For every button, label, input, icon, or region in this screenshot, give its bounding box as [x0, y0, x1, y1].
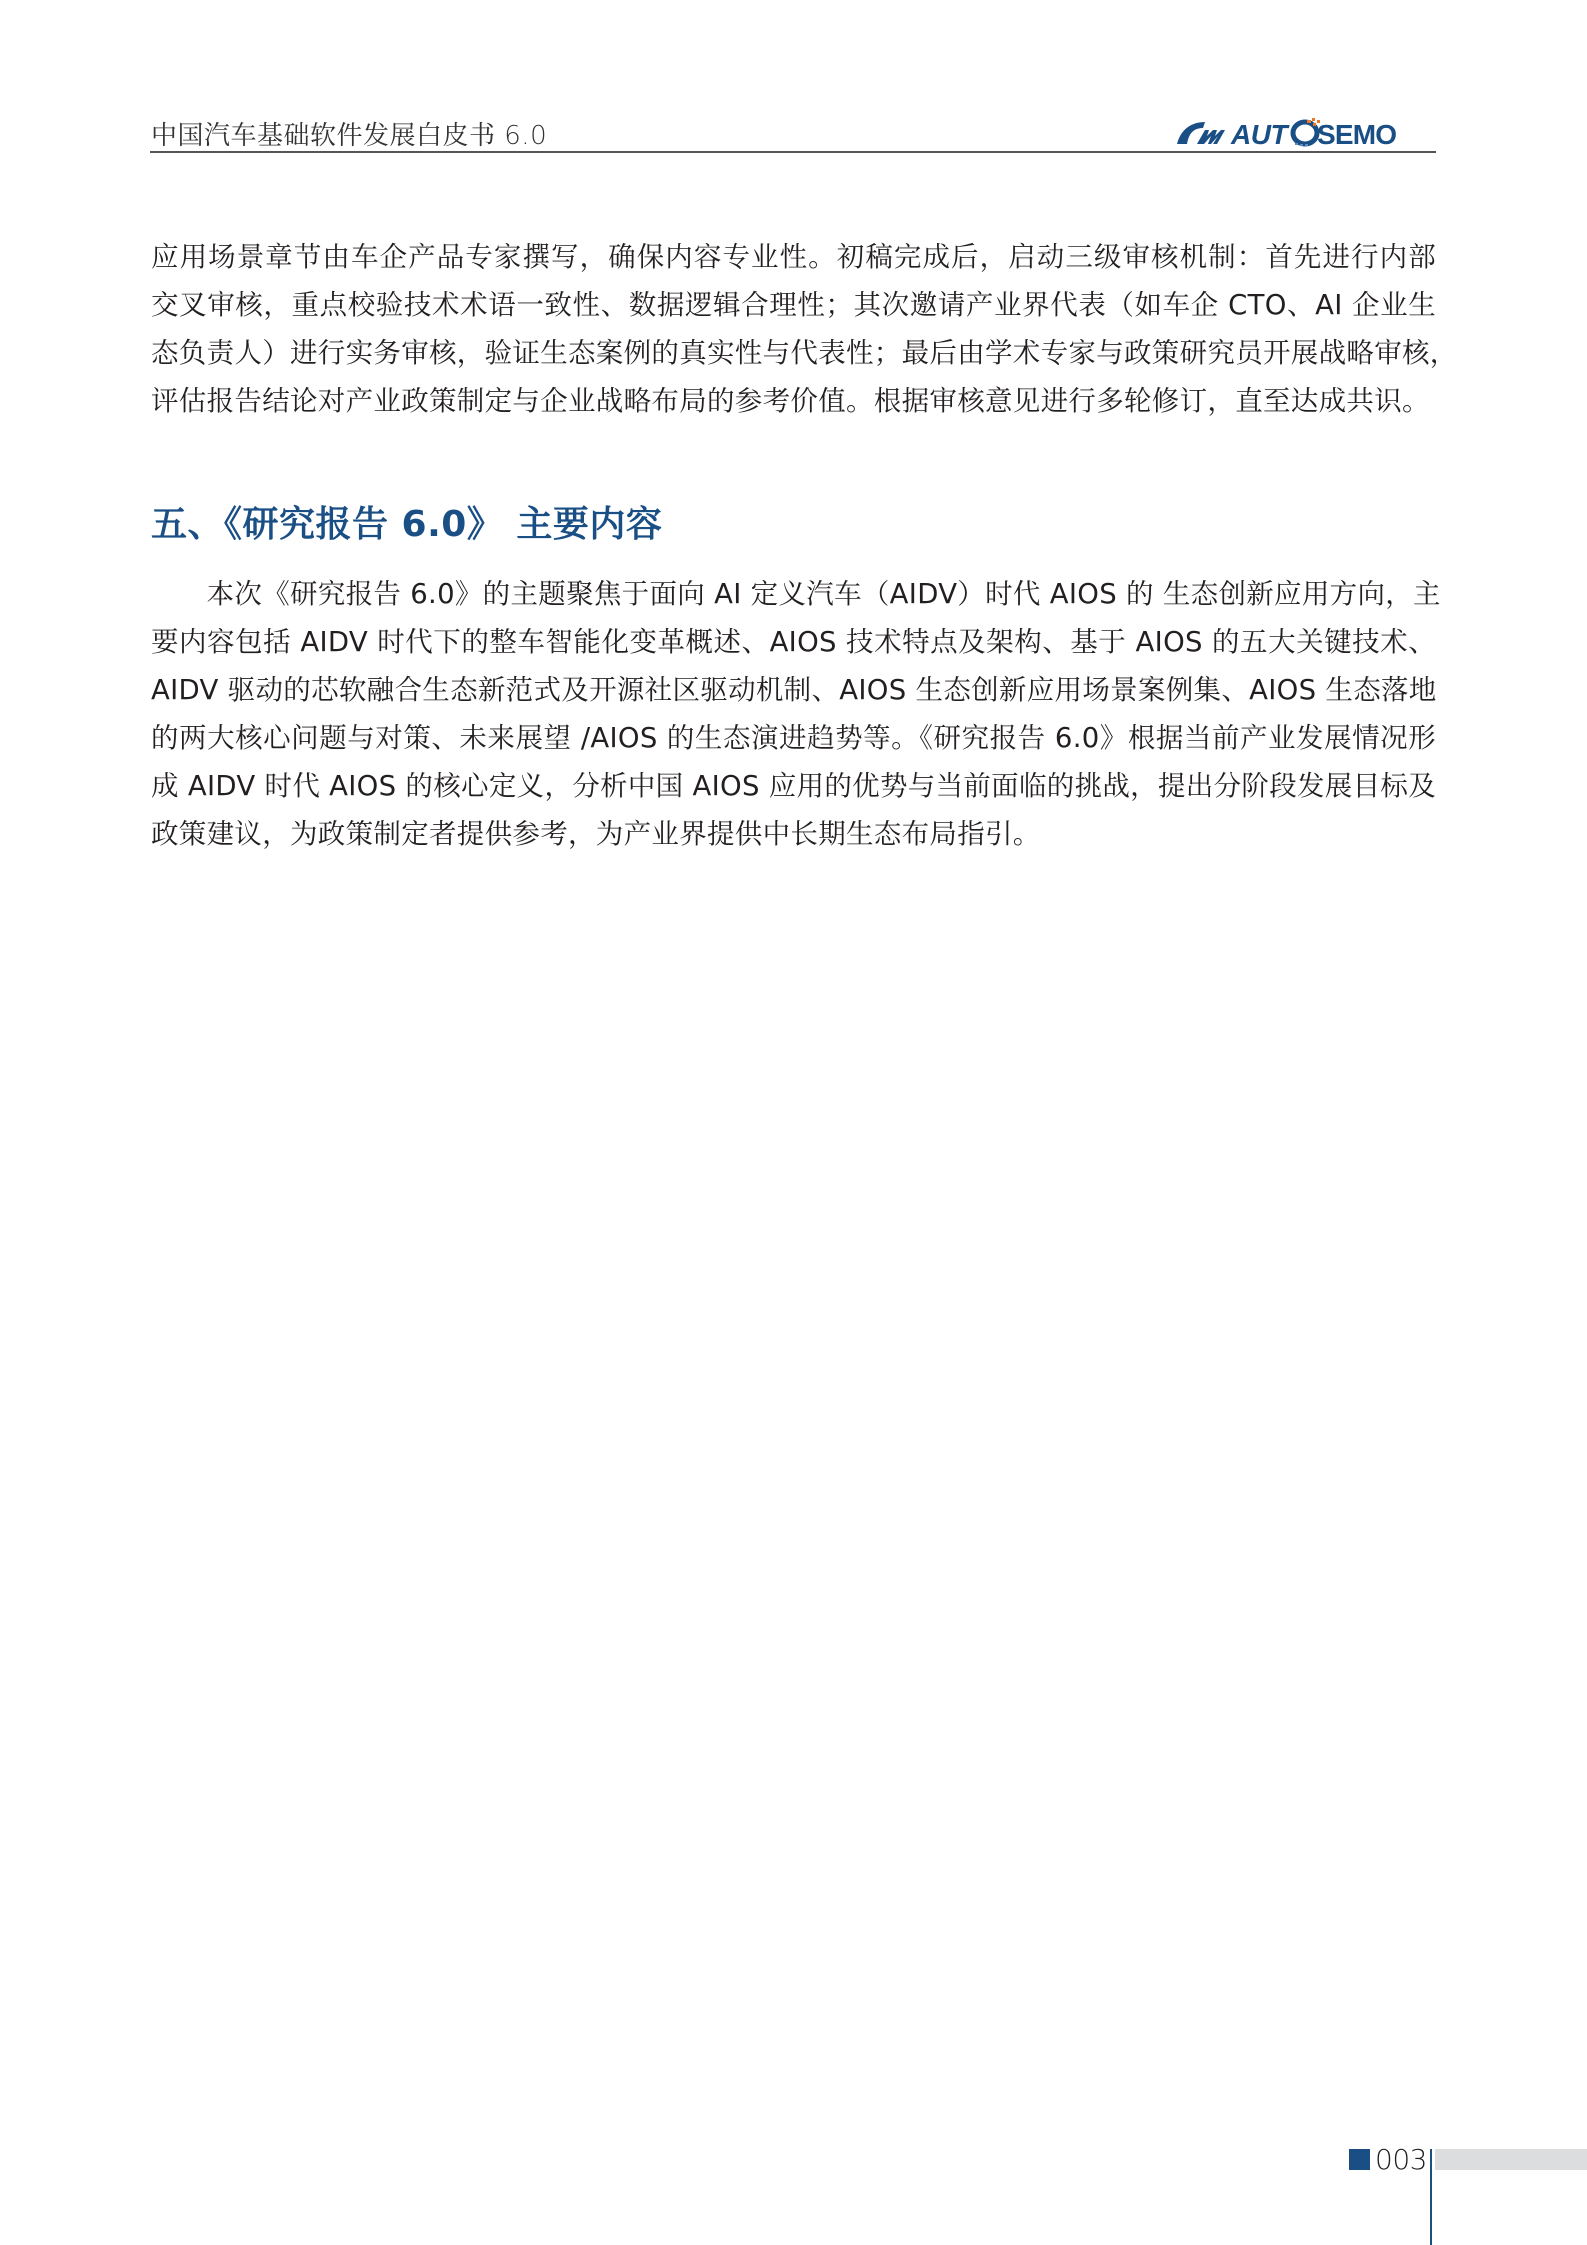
- paragraph-line: 态负责人）进行实务审核，验证生态案例的真实性与代表性；最后由学术专家与政策研究员…: [151, 329, 1436, 377]
- review-process-paragraph: 应用场景章节由车企产品专家撰写，确保内容专业性。初稿完成后，启动三级审核机制：首…: [151, 233, 1436, 425]
- o-ring-icon: [1293, 118, 1320, 146]
- paragraph-line: 政策建议，为政策制定者提供参考，为产业界提供中长期生态布局指引。: [151, 810, 1436, 858]
- paragraph-line: 的两大核心问题与对策、未来展望 /AIOS 的生态演进趋势等。《研究报告 6.0…: [151, 714, 1436, 762]
- paragraph-line: 交叉审核，重点校验技术术语一致性、数据逻辑合理性；其次邀请产业界代表（如车企 C…: [151, 281, 1436, 329]
- footer-divider-line: [1430, 2149, 1432, 2245]
- document-title: 中国汽车基础软件发展白皮书 6.0: [151, 115, 547, 152]
- paragraph-line: 成 AIDV 时代 AIOS 的核心定义，分析中国 AIOS 应用的优势与当前面…: [151, 762, 1436, 810]
- main-content-paragraph: 本次《研究报告 6.0》的主题聚焦于面向 AI 定义汽车（AIDV）时代 AIO…: [151, 570, 1436, 858]
- autosemo-logo: AUT SEMO: [1175, 114, 1437, 152]
- page-number: 003: [1375, 2143, 1427, 2176]
- paragraph-line: 本次《研究报告 6.0》的主题聚焦于面向 AI 定义汽车（AIDV）时代 AIO…: [151, 570, 1436, 618]
- paragraph-line: 要内容包括 AIDV 时代下的整车智能化变革概述、AIOS 技术特点及架构、基于…: [151, 618, 1436, 666]
- svg-text:AUT: AUT: [1230, 119, 1290, 150]
- paragraph-line: 评估报告结论对产业政策制定与企业战略布局的参考价值。根据审核意见进行多轮修订，直…: [151, 377, 1436, 425]
- section-heading: 五、《研究报告 6.0》 主要内容: [151, 496, 662, 547]
- page-marker-square: [1349, 2149, 1370, 2170]
- svg-text:SEMO: SEMO: [1317, 119, 1396, 150]
- paragraph-line: AIDV 驱动的芯软融合生态新范式及开源社区驱动机制、AIOS 生态创新应用场景…: [151, 666, 1436, 714]
- cm-logo-icon: [1177, 122, 1225, 144]
- footer-bar: [1435, 2149, 1587, 2170]
- header-divider: [150, 151, 1436, 153]
- paragraph-line: 应用场景章节由车企产品专家撰写，确保内容专业性。初稿完成后，启动三级审核机制：首…: [151, 233, 1436, 281]
